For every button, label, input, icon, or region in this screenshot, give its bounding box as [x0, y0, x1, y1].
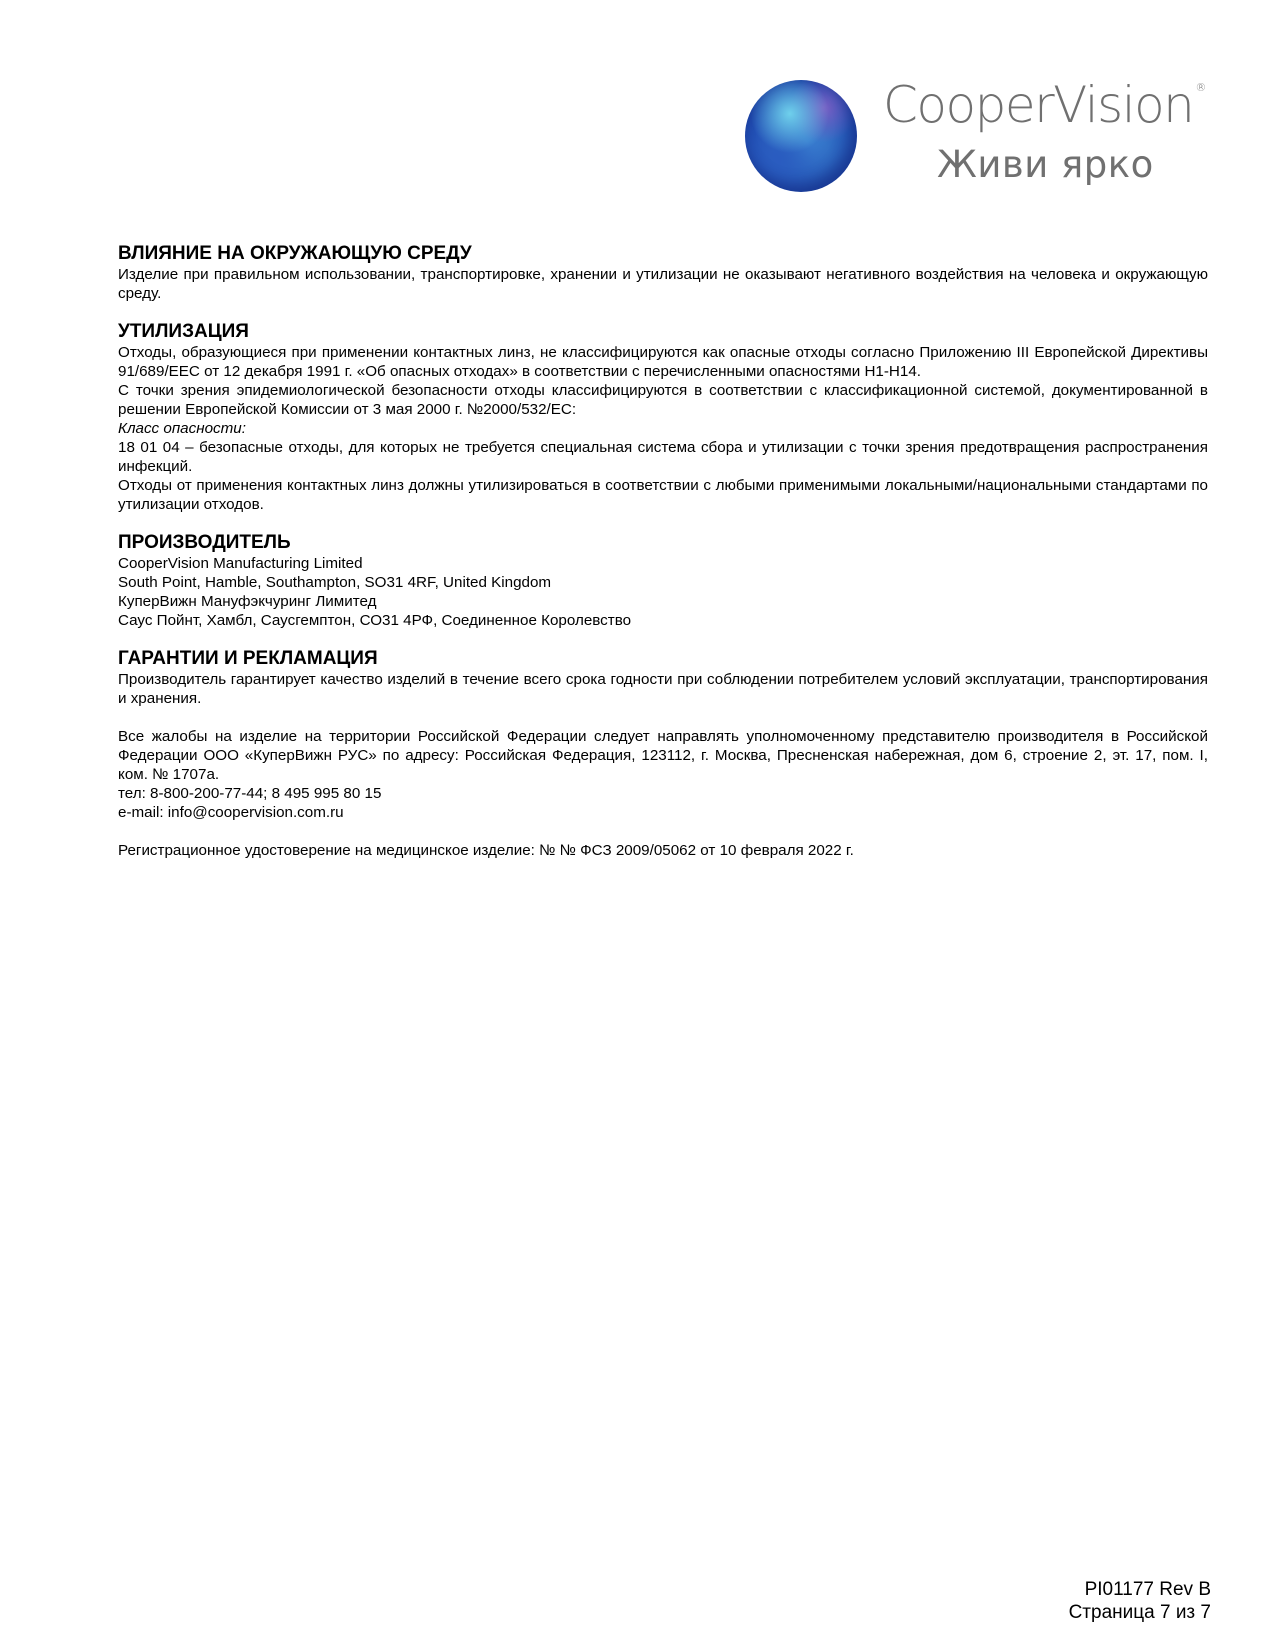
- document-body: ВЛИЯНИЕ НА ОКРУЖАЮЩУЮ СРЕДУ Изделие при …: [118, 243, 1208, 878]
- complaints-paragraph: Все жалобы на изделие на территории Росс…: [118, 727, 1208, 784]
- contact-email[interactable]: e-mail: info@coopervision.com.ru: [118, 803, 1208, 822]
- page-number: Страница 7 из 7: [1069, 1601, 1211, 1624]
- brand-tagline: Живи ярко: [937, 146, 1154, 183]
- registered-mark: ®: [1195, 81, 1205, 94]
- manufacturer-address-ru: Саус Пойнт, Хамбл, Саусгемптон, СО31 4РФ…: [118, 611, 1208, 630]
- page-footer: PI01177 Rev B Страница 7 из 7: [1069, 1578, 1211, 1624]
- manufacturer-name-en: CooperVision Manufacturing Limited: [118, 554, 1208, 573]
- document-id: PI01177 Rev B: [1069, 1578, 1211, 1601]
- watercolor-orb-icon: [745, 80, 857, 192]
- section-heading: ПРОИЗВОДИТЕЛЬ: [118, 532, 1208, 554]
- section-heading: ГАРАНТИИ И РЕКЛАМАЦИЯ: [118, 648, 1208, 670]
- registration-certificate: Регистрационное удостоверение на медицин…: [118, 841, 1208, 860]
- hazard-class-label: Класс опасности:: [118, 419, 1208, 438]
- guarantee-paragraph: Производитель гарантирует качество издел…: [118, 670, 1208, 708]
- paragraph: Отходы, образующиеся при применении конт…: [118, 343, 1208, 381]
- manufacturer-address-en: South Point, Hamble, Southampton, SO31 4…: [118, 573, 1208, 592]
- brand-name: CooperVision®: [883, 80, 1205, 130]
- paragraph: С точки зрения эпидемиологической безопа…: [118, 381, 1208, 419]
- brand-name-text: CooperVision: [883, 76, 1193, 134]
- coopervision-logo: CooperVision® Живи ярко: [745, 80, 1185, 200]
- paragraph: 18 01 04 – безопасные отходы, для которы…: [118, 438, 1208, 476]
- section-disposal: УТИЛИЗАЦИЯ Отходы, образующиеся при прим…: [118, 321, 1208, 514]
- manufacturer-name-ru: КуперВижн Мануфэкчуринг Лимитед: [118, 592, 1208, 611]
- section-environment: ВЛИЯНИЕ НА ОКРУЖАЮЩУЮ СРЕДУ Изделие при …: [118, 243, 1208, 303]
- paragraph: Изделие при правильном использовании, тр…: [118, 265, 1208, 303]
- section-warranty: ГАРАНТИИ И РЕКЛАМАЦИЯ Производитель гара…: [118, 648, 1208, 860]
- paragraph: Отходы от применения контактных линз дол…: [118, 476, 1208, 514]
- contact-phone: тел: 8-800-200-77-44; 8 495 995 80 15: [118, 784, 1208, 803]
- section-manufacturer: ПРОИЗВОДИТЕЛЬ CooperVision Manufacturing…: [118, 532, 1208, 630]
- section-heading: ВЛИЯНИЕ НА ОКРУЖАЮЩУЮ СРЕДУ: [118, 243, 1208, 265]
- section-heading: УТИЛИЗАЦИЯ: [118, 321, 1208, 343]
